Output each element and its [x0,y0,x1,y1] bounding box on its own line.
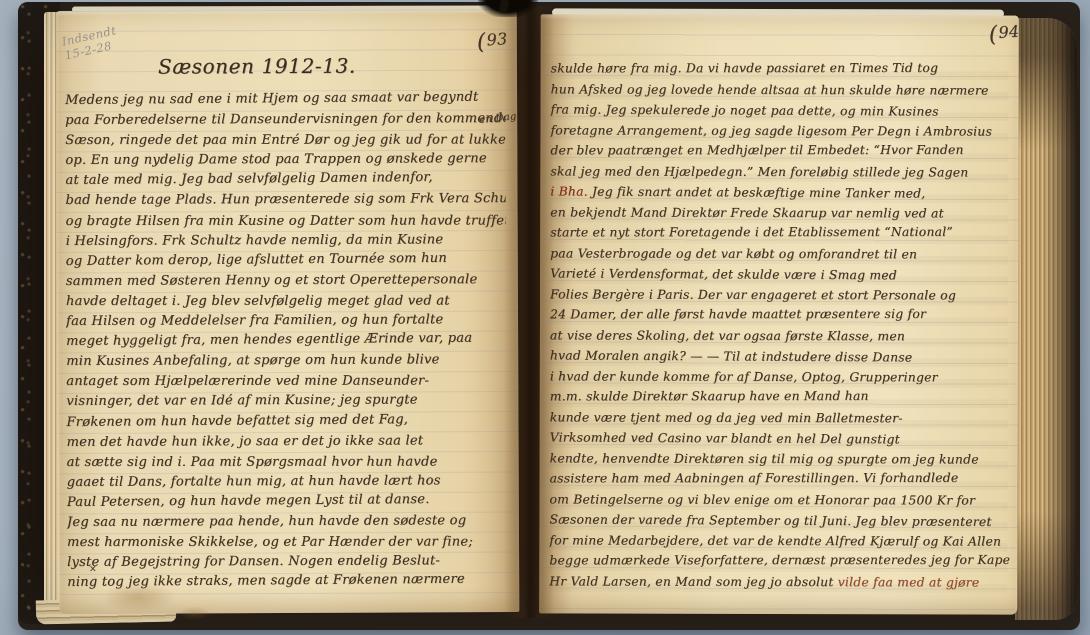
left-page-text: Medens jeg nu sad ene i mit Hjem og saa … [65,89,507,606]
handwritten-line: men det havde hun ikke, jo saa er det jo… [67,431,507,453]
handwritten-line: 24 Damer, der alle først havde maattet p… [550,304,1010,325]
page-number-value: 94 [998,22,1020,42]
handwritten-line: Sæsonen der varede fra September og til … [549,509,1009,532]
handwritten-line: at tale med mig. Jeg bad selvfølgelig Da… [65,168,505,192]
handwritten-line: paa Vesterbrogade og det var købt og omf… [550,243,1010,265]
handwritten-line: antaget som Hjælpelærerinde ved mine Dan… [66,372,506,393]
photograph-background: Indsendt 15-2-28 (93 Sæsonen 1912-13. Me… [0,0,1090,635]
handwritten-line: om Betingelserne og vi blev enige om et … [549,489,1009,511]
handwritten-line: hvad Moralen angik? — — Til at indstuder… [550,345,1010,368]
handwritten-line: Medens jeg nu sad ene i mit Hjem og saa … [65,89,505,111]
handwritten-line: Frøkenen om hun havde befattet sig med d… [66,409,506,433]
paper-stain [99,582,177,612]
handwritten-line: der blev paatrænget en Medhjælper til Em… [550,140,1010,161]
page-number-94: (94 [988,21,1020,48]
red-ink-text: i Bha. [550,184,588,198]
page-number-paren: ( [476,30,487,56]
handwritten-line: Varieté i Verdensformat, det skulde være… [550,263,1010,286]
page-number-93: (93 [476,28,508,55]
left-page: Indsendt 15-2-28 (93 Sæsonen 1912-13. Me… [57,9,520,614]
handwritten-line: assistere ham med Aabningen af Forestill… [550,468,1010,489]
handwritten-line: skulde høre fra mig. Da vi havde passiar… [551,58,1011,78]
page-fore-edge [1015,18,1077,620]
handwritten-line: Sæson, ringede det paa min Entré Dør og … [65,131,505,152]
handwritten-line: meget hyggeligt fra, men hendes egentlig… [66,328,506,352]
handwritten-line: Paul Petersen, og hun havde megen Lyst t… [67,489,507,513]
right-page-text: skulde høre fra mig. Da vi havde passiar… [549,58,1010,608]
handwritten-line: at sætte sig ind i. Paa mit Spørgsmaal h… [67,452,507,473]
correction-mark: ✕ [89,565,97,575]
handwritten-line: Virksomhed ved Casino var blandt en hel … [550,427,1010,450]
handwritten-line: starte et nyt stort Foretagende i det Et… [550,222,1010,243]
red-ink-text: vilde faa med at gjøre [838,575,980,589]
handwritten-line: paa Forberedelserne til Danseundervisnin… [65,109,505,131]
handwritten-line: og Datter kom derop, lige afsluttet en T… [66,248,506,272]
handwritten-line: i Bha. Jeg fik snart andet at beskæftige… [550,181,1010,204]
handwritten-line: og bragte Hilsen fra min Kusine og Datte… [66,211,506,232]
paper-stain-small [177,606,211,620]
handwritten-line: min Kusines Anbefaling, at spørge om hun… [66,350,506,372]
handwritten-line: begge udmærkede Viseforfattere, dernæst … [549,550,1009,571]
handwritten-line: hun Afsked og jeg lovede hende altsaa at… [551,79,1011,101]
handwritten-line: m.m. skulde Direktør Skaarup have en Man… [550,386,1010,407]
handwritten-line: fra mig. Jeg spekulerede jo noget paa de… [550,99,1010,122]
right-page: (94 skulde høre fra mig. Da vi havde pas… [539,14,1019,614]
section-heading: Sæsonen 1912-13. [57,53,457,79]
page-number-value: 93 [486,29,508,49]
handwritten-line: i hvad der kunde komme for af Danse, Opt… [550,366,1010,388]
handwritten-line: skal jeg med den Hjælpedegn.” Men forelø… [550,161,1010,183]
handwritten-line: Jeg saa nu nærmere paa hende, hun havde … [67,511,507,533]
handwritten-line: mest harmoniske Skikkelse, og et Par Hæn… [67,532,507,553]
handwritten-line: kunde være tjent med og da jeg ved min B… [550,407,1010,429]
handwritten-line: for mine Medarbejdere, det var de kendte… [549,530,1009,552]
handwritten-line: havde deltaget i. Jeg blev selvfølgelig … [66,291,506,312]
handwritten-line: kendte, henvendte Direktøren sig til mig… [550,448,1010,470]
handwritten-line: sammen med Søsteren Henny og et stort Op… [66,270,506,292]
ink-text: Jeg fik snart andet at beskæftige mine T… [588,185,926,201]
page-number-paren: ( [988,22,999,48]
handwritten-line: Hr Vald Larsen, en Mand som jeg jo absol… [549,571,1009,593]
handwritten-line: Folies Bergère i Paris. Der var engagere… [550,284,1010,306]
handwritten-line: en bekjendt Mand Direktør Frede Skaarup … [550,202,1010,224]
handwritten-line: bad hende tage Plads. Hun præsenterede s… [65,190,505,212]
ink-text: Hr Vald Larsen, en Mand som jeg jo absol… [549,574,837,589]
handwritten-line: at vise deres Skoling, det var ogsaa før… [550,325,1010,347]
handwritten-line: foretagne Arrangement, og jeg sagde lige… [550,120,1010,142]
